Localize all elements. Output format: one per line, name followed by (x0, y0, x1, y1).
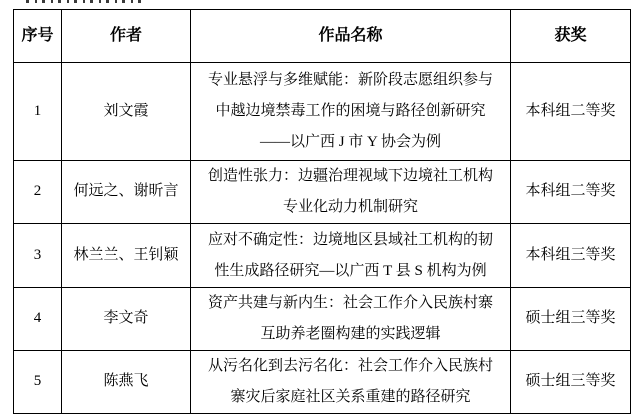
column-header-award: 获奖 (511, 10, 631, 63)
row-author: 何远之、谢昕言 (62, 161, 191, 224)
row-work-title: 应对不确定性：边境地区县域社工机构的韧 性生成路径研究—以广西 T 县 S 机构… (191, 224, 511, 288)
row-number: 5 (14, 351, 62, 414)
row-number: 3 (14, 224, 62, 288)
table-header-row: 序号 作者 作品名称 获奖 (14, 10, 631, 63)
column-header-number: 序号 (14, 10, 62, 63)
row-work-title: 从污名化到去污名化：社会工作介入民族村 寨灾后家庭社区关系重建的路径研究 (191, 351, 511, 414)
award-table: 序号 作者 作品名称 获奖 1 刘文霞 专业悬浮与多维赋能：新阶段志愿组织参与 … (13, 9, 631, 414)
row-award: 本科组二等奖 (511, 63, 631, 161)
row-author: 李文奇 (62, 288, 191, 351)
row-award: 硕士组三等奖 (511, 351, 631, 414)
column-header-work-title: 作品名称 (191, 10, 511, 63)
row-award: 硕士组三等奖 (511, 288, 631, 351)
row-author: 林兰兰、王钊颖 (62, 224, 191, 288)
document-page: 序号 作者 作品名称 获奖 1 刘文霞 专业悬浮与多维赋能：新阶段志愿组织参与 … (0, 0, 640, 420)
row-author: 刘文霞 (62, 63, 191, 161)
row-award: 本科组三等奖 (511, 224, 631, 288)
row-number: 4 (14, 288, 62, 351)
column-header-author: 作者 (62, 10, 191, 63)
row-number: 1 (14, 63, 62, 161)
row-number: 2 (14, 161, 62, 224)
table-row: 2 何远之、谢昕言 创造性张力：边疆治理视域下边境社工机构 专业化动力机制研究 … (14, 161, 631, 224)
table-row: 5 陈燕飞 从污名化到去污名化：社会工作介入民族村 寨灾后家庭社区关系重建的路径… (14, 351, 631, 414)
row-work-title: 资产共建与新内生：社会工作介入民族村寨 互助养老圈构建的实践逻辑 (191, 288, 511, 351)
table-row: 4 李文奇 资产共建与新内生：社会工作介入民族村寨 互助养老圈构建的实践逻辑 硕… (14, 288, 631, 351)
row-award: 本科组二等奖 (511, 161, 631, 224)
row-work-title: 专业悬浮与多维赋能：新阶段志愿组织参与 中越边境禁毒工作的困境与路径创新研究 —… (191, 63, 511, 161)
table-row: 1 刘文霞 专业悬浮与多维赋能：新阶段志愿组织参与 中越边境禁毒工作的困境与路径… (14, 63, 631, 161)
table-row: 3 林兰兰、王钊颖 应对不确定性：边境地区县域社工机构的韧 性生成路径研究—以广… (14, 224, 631, 288)
row-author: 陈燕飞 (62, 351, 191, 414)
row-work-title: 创造性张力：边疆治理视域下边境社工机构 专业化动力机制研究 (191, 161, 511, 224)
cropped-text-fragment (26, 0, 144, 3)
